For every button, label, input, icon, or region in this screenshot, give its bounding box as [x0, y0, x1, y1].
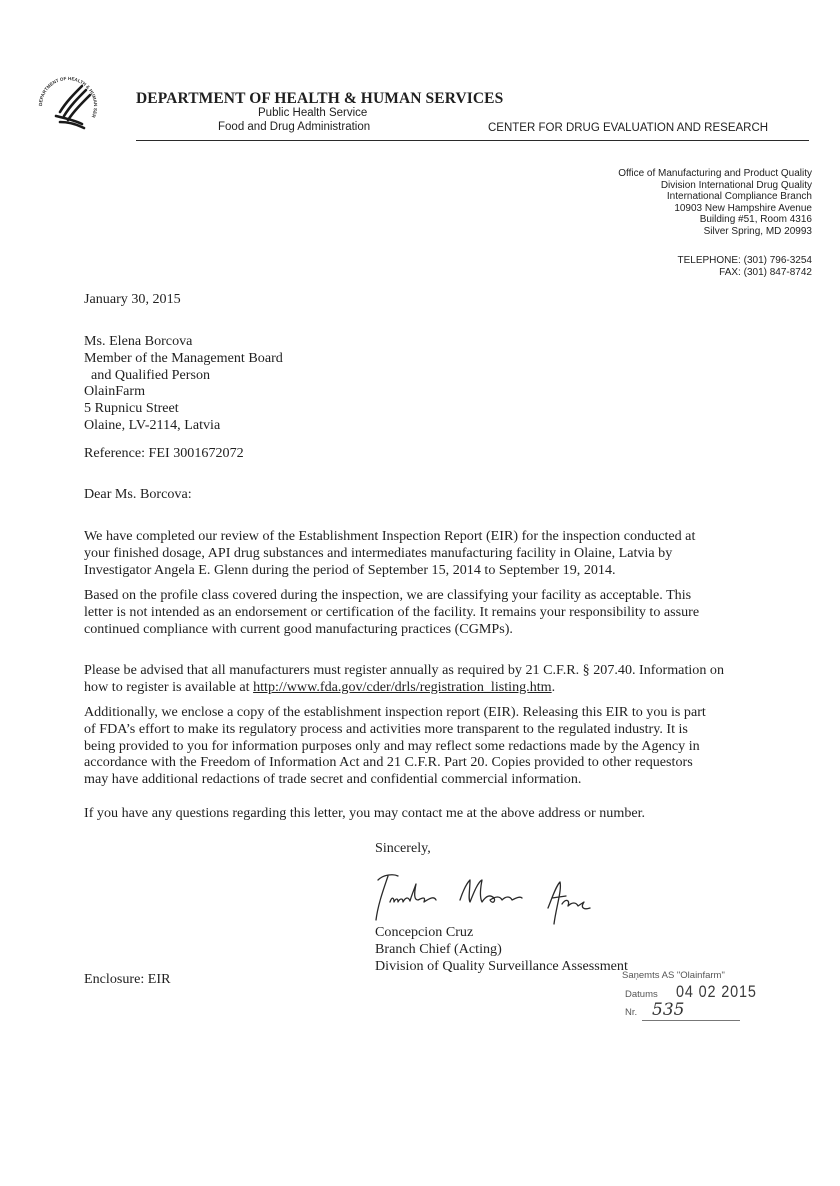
- office-line: 10903 New Hampshire Avenue: [618, 203, 812, 215]
- addressee-block: Ms. Elena Borcova Member of the Manageme…: [84, 333, 283, 434]
- paragraph-line: continued compliance with current good m…: [84, 621, 804, 638]
- office-address: Office of Manufacturing and Product Qual…: [618, 168, 812, 238]
- signer-division: Division of Quality Surveillance Assessm…: [375, 958, 628, 975]
- paragraph-line: Please be advised that all manufacturers…: [84, 662, 804, 679]
- paragraph-line: Investigator Angela E. Glenn during the …: [84, 562, 804, 579]
- paragraph-line: how to register is available at http://w…: [84, 679, 804, 696]
- stamp-organization: Saņemts AS "Olainfarm": [622, 970, 725, 981]
- paragraph-text: how to register is available at: [84, 679, 253, 695]
- hhs-eagle-seal-icon: DEPARTMENT OF HEALTH & HUMAN SERVICES · …: [30, 68, 118, 138]
- paragraph-line: of FDA’s effort to make its regulatory p…: [84, 721, 804, 738]
- paragraph-review-completed: We have completed our review of the Esta…: [84, 528, 804, 578]
- office-line: Office of Manufacturing and Product Qual…: [618, 168, 812, 180]
- paragraph-line: Additionally, we enclose a copy of the e…: [84, 704, 804, 721]
- header-divider: [136, 140, 809, 141]
- paragraph-text: .: [552, 679, 556, 695]
- addressee-line: Member of the Management Board: [84, 350, 283, 367]
- addressee-line: Olaine, LV-2114, Latvia: [84, 417, 283, 434]
- paragraph-line: letter is not intended as an endorsement…: [84, 604, 804, 621]
- stamp-number-underline: [642, 1020, 740, 1021]
- paragraph-questions: If you have any questions regarding this…: [84, 805, 804, 822]
- addressee-line: Ms. Elena Borcova: [84, 333, 283, 350]
- paragraph-registration: Please be advised that all manufacturers…: [84, 662, 804, 696]
- stamp-date-label: Datums: [625, 989, 658, 1000]
- paragraph-classification: Based on the profile class covered durin…: [84, 587, 804, 637]
- office-line: Division International Drug Quality: [618, 180, 812, 192]
- addressee-line: 5 Rupnicu Street: [84, 400, 283, 417]
- salutation: Dear Ms. Borcova:: [84, 486, 192, 503]
- paragraph-line: Based on the profile class covered durin…: [84, 587, 804, 604]
- reference-line: Reference: FEI 3001672072: [84, 445, 244, 462]
- stamp-number-label: Nr.: [625, 1007, 637, 1018]
- stamp-number-value: 535: [652, 1000, 684, 1020]
- paragraph-line: If you have any questions regarding this…: [84, 805, 804, 822]
- office-line: Silver Spring, MD 20993: [618, 226, 812, 238]
- addressee-line: OlainFarm: [84, 383, 283, 400]
- signature-icon: [370, 868, 600, 928]
- center-name: CENTER FOR DRUG EVALUATION AND RESEARCH: [488, 122, 768, 134]
- letter-date: January 30, 2015: [84, 291, 181, 308]
- agency-name: Food and Drug Administration: [218, 121, 370, 133]
- paragraph-line: may have additional redactions of trade …: [84, 771, 804, 788]
- svg-text:DEPARTMENT OF HEALTH & HUMAN S: DEPARTMENT OF HEALTH & HUMAN SERVICES · …: [30, 68, 98, 119]
- signer-block: Concepcion Cruz Branch Chief (Acting) Di…: [375, 924, 628, 974]
- closing: Sincerely,: [375, 840, 431, 857]
- enclosure-note: Enclosure: EIR: [84, 971, 171, 988]
- paragraph-line: accordance with the Freedom of Informati…: [84, 754, 804, 771]
- department-name: DEPARTMENT OF HEALTH & HUMAN SERVICES: [136, 90, 503, 108]
- stamp-date-value: 04 02 2015: [676, 982, 757, 1002]
- paragraph-enclosure: Additionally, we enclose a copy of the e…: [84, 704, 804, 788]
- office-line: Building #51, Room 4316: [618, 214, 812, 226]
- paragraph-line: your finished dosage, API drug substance…: [84, 545, 804, 562]
- handwritten-signature: [370, 868, 600, 928]
- paragraph-line: We have completed our review of the Esta…: [84, 528, 804, 545]
- service-name: Public Health Service: [258, 107, 367, 119]
- hhs-seal-logo: DEPARTMENT OF HEALTH & HUMAN SERVICES · …: [30, 68, 118, 138]
- signer-title: Branch Chief (Acting): [375, 941, 628, 958]
- telephone: TELEPHONE: (301) 796-3254: [677, 255, 812, 267]
- office-contact: TELEPHONE: (301) 796-3254 FAX: (301) 847…: [677, 255, 812, 278]
- signer-name: Concepcion Cruz: [375, 924, 628, 941]
- receipt-stamp: Saņemts AS "Olainfarm" Datums 04 02 2015…: [612, 970, 772, 1030]
- registration-listing-link[interactable]: http://www.fda.gov/cder/drls/registratio…: [253, 679, 552, 695]
- office-line: International Compliance Branch: [618, 191, 812, 203]
- paragraph-line: being provided to you for information pu…: [84, 738, 804, 755]
- addressee-line: and Qualified Person: [84, 367, 283, 384]
- fax: FAX: (301) 847-8742: [677, 267, 812, 279]
